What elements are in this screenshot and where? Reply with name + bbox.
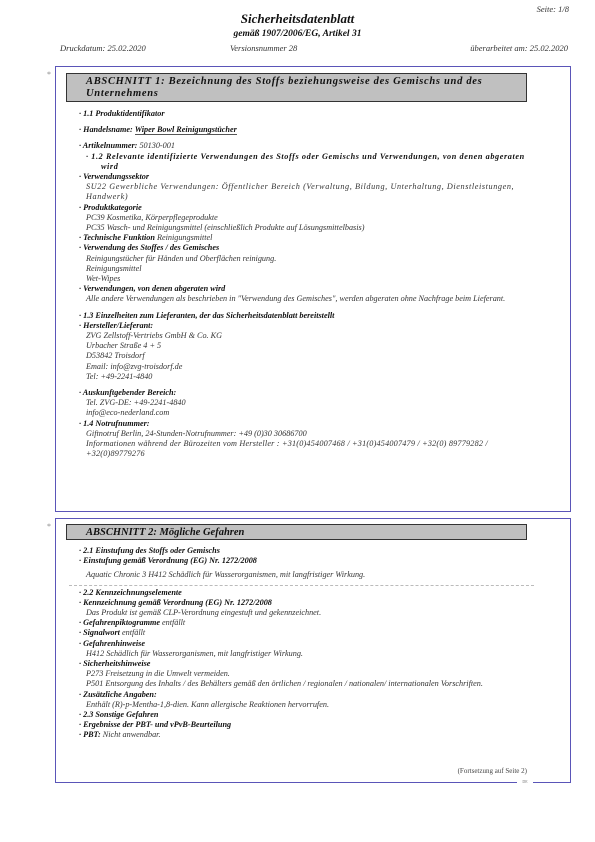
advised-against-text: Alle andere Verwendungen als beschrieben…	[79, 294, 506, 304]
use-label: · Verwendung des Stoffes / des Gemisches	[79, 243, 529, 253]
technical-function-label: · Technische Funktion	[79, 233, 155, 242]
info-line: info@eco-nederland.com	[79, 408, 529, 418]
labelling-label: · Kennzeichnung gemäß Verordnung (EG) Nr…	[79, 598, 529, 608]
technical-function-value: Reinigungsmittel	[157, 233, 213, 242]
category-item: PC39 Kosmetika, Körperpflegeprodukte	[79, 213, 529, 223]
signal-word-label: · Signalwort	[79, 628, 120, 637]
subsection-2-2: · 2.2 Kennzeichnungselemente	[79, 588, 529, 598]
subsection-1-2: · 1.2 Relevante identifizierte Verwendun…	[79, 152, 529, 172]
subsection-2-3: · 2.3 Sonstige Gefahren	[79, 710, 529, 720]
advised-against-label: · Verwendungen, von denen abgeraten wird	[79, 284, 529, 294]
subsection-1-4: · 1.4 Notrufnummer:	[79, 419, 529, 429]
supplier-label: · Hersteller/Lieferant:	[79, 321, 529, 331]
use-item: Wet-Wipes	[79, 274, 529, 284]
precautionary-statement: P501 Entsorgung des Inhalts / des Behält…	[79, 679, 529, 689]
emergency-line: Informationen während der Bürozeiten vom…	[79, 439, 529, 459]
info-label: · Auskunftgebender Bereich:	[79, 388, 529, 398]
section-2-bottom-border	[55, 782, 571, 783]
supplier-phone: Tel: +49-2241-4840	[79, 372, 529, 382]
info-line: Tel. ZVG-DE: +49-2241-4840	[79, 398, 529, 408]
divider	[69, 585, 534, 586]
technical-function-row: · Technische Funktion Reinigungsmittel	[79, 233, 529, 243]
pbt-value: Nicht anwendbar.	[103, 730, 161, 739]
print-date: Druckdatum: 25.02.2020	[60, 43, 146, 53]
pbt-label: · PBT:	[79, 730, 101, 739]
article-number-row: · Artikelnummer: 50130-001	[79, 141, 529, 151]
sector-text: SU22 Gewerbliche Verwendungen: Öffentlic…	[79, 182, 529, 202]
signal-word-row: · Signalwort entfällt	[79, 628, 529, 638]
section-1-heading: ABSCHNITT 1: Bezeichnung des Stoffs bezi…	[66, 73, 527, 102]
hazard-statements-label: · Gefahrenhinweise	[79, 639, 529, 649]
section-2-heading: ABSCHNITT 2: Mögliche Gefahren	[66, 524, 527, 540]
change-marker: *	[47, 522, 51, 531]
section-1-content: · 1.1 Produktidentifikator · Handelsname…	[79, 109, 529, 460]
pbt-row: · PBT: Nicht anwendbar.	[79, 730, 529, 740]
subsection-1-3: · 1.3 Einzelheiten zum Lieferanten, der …	[79, 311, 529, 321]
pictogram-value: entfällt	[162, 618, 185, 627]
sector-label: · Verwendungssektor	[79, 172, 529, 182]
supplier-email: Email: info@zvg-troisdorf.de	[79, 362, 529, 372]
supplier-line: D53842 Troisdorf	[79, 351, 529, 361]
trade-name-label: · Handelsname:	[79, 125, 133, 134]
article-number-value: 50130-001	[139, 141, 174, 150]
revision-date: überarbeitet am: 25.02.2020	[470, 43, 568, 53]
subsection-1-1: · 1.1 Produktidentifikator	[79, 109, 529, 119]
language-code: DE	[517, 779, 533, 785]
category-label: · Produktkategorie	[79, 203, 529, 213]
signal-word-value: entfällt	[122, 628, 145, 637]
document-title: Sicherheitsdatenblatt	[0, 11, 595, 27]
precautionary-label: · Sicherheitshinweise	[79, 659, 529, 669]
additional-info-text: Enthält (R)-p-Mentha-1,8-dien. Kann alle…	[79, 700, 529, 710]
precautionary-statement: P273 Freisetzung in die Umwelt vermeiden…	[79, 669, 529, 679]
pbt-results-label: · Ergebnisse der PBT- und vPvB-Beurteilu…	[79, 720, 529, 730]
emergency-line: Giftnotruf Berlin, 24-Stunden-Notrufnumm…	[79, 429, 529, 439]
version-number: Versionsnummer 28	[230, 43, 297, 53]
additional-info-label: · Zusätzliche Angaben:	[79, 690, 529, 700]
supplier-line: ZVG Zellstoff-Vertriebs GmbH & Co. KG	[79, 331, 529, 341]
article-number-label: · Artikelnummer:	[79, 141, 137, 150]
continuation-note: (Fortsetzung auf Seite 2)	[458, 767, 527, 775]
use-item: Reinigungsmittel	[79, 264, 529, 274]
section-2-content: · 2.1 Einstufung des Stoffs oder Gemisch…	[79, 546, 529, 741]
pictogram-label: · Gefahrenpiktogramme	[79, 618, 160, 627]
classification-text: Aquatic Chronic 3 H412 Schädlich für Was…	[79, 570, 529, 580]
subsection-2-1: · 2.1 Einstufung des Stoffs oder Gemisch…	[79, 546, 529, 556]
hazard-statement: H412 Schädlich für Wasserorganismen, mit…	[79, 649, 529, 659]
change-marker: *	[47, 70, 51, 79]
trade-name-value: Wiper Bowl Reinigungstücher	[135, 125, 237, 135]
category-item: PC35 Wasch- und Reinigungsmittel (einsch…	[79, 223, 529, 233]
labelling-text: Das Produkt ist gemäß CLP-Verordnung ein…	[79, 608, 529, 618]
trade-name-row: · Handelsname: Wiper Bowl Reinigungstüch…	[79, 125, 529, 135]
pictogram-row: · Gefahrenpiktogramme entfällt	[79, 618, 529, 628]
use-item: Reinigungstücher für Händen und Oberfläc…	[79, 254, 529, 264]
supplier-line: Urbacher Straße 4 + 5	[79, 341, 529, 351]
classification-label: · Einstufung gemäß Verordnung (EG) Nr. 1…	[79, 556, 529, 566]
document-subtitle: gemäß 1907/2006/EG, Artikel 31	[0, 29, 595, 39]
